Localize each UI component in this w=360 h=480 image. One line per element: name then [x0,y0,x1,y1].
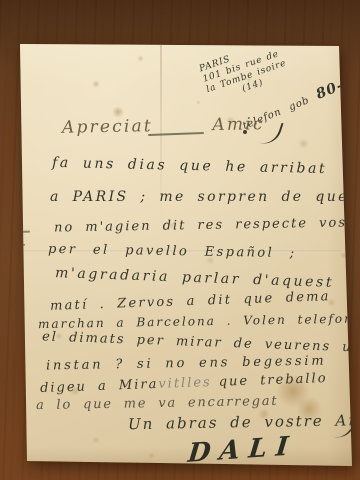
request-line-start: digeu a Mira [40,377,159,396]
phone-number: 80-58 [314,69,360,102]
foxing-spot [340,252,347,259]
foxing-spot [148,452,155,459]
foxing-spot [137,55,144,62]
sender-address-block: PARIS 101 bis rue de la Tombe isoire (14… [198,38,291,107]
foxing-spot [92,436,100,444]
handwritten-line: m'agradaria parlar d'aquest [55,266,334,290]
handwritten-line: per el pavello Español ; [48,243,297,260]
request-line-faded-word: vitlles [158,375,212,392]
dali-signature: DALI [187,433,299,467]
handwritten-line: fa uns dias que he arribat [52,156,328,176]
foxing-spot [92,80,100,88]
foxing-spot [196,100,201,105]
handwritten-line: marchan a Barcelona . Volen telefonarme [38,312,360,330]
request-line-end: que treballo [218,371,327,390]
handwritten-line: el dimats per mirar de veurens un [42,330,360,354]
closing-line: Un abras de vostre Amic [128,413,360,432]
photo-of-handwritten-letter: PARIS 101 bis rue de la Tombe isoire (14… [0,0,360,480]
paper-shadow: PARIS 101 bis rue de la Tombe isoire (14… [0,0,360,480]
pencil-mark [3,244,25,246]
handwritten-line: no m'agien dit res respecte vos [54,216,347,234]
letter-paper: PARIS 101 bis rue de la Tombe isoire (14… [0,0,360,480]
handwritten-line: a PARIS ; me sorpren de que [50,190,349,204]
pencil-mark [3,231,30,234]
foxing-spot [298,138,309,149]
handwritten-line: matí . Zervos a dit que dema [50,290,331,313]
handwritten-line: a lo que me va encarregat [36,395,279,412]
handwritten-line: instan ? si no ens begessim [46,355,327,373]
pencil-mark [6,257,19,259]
